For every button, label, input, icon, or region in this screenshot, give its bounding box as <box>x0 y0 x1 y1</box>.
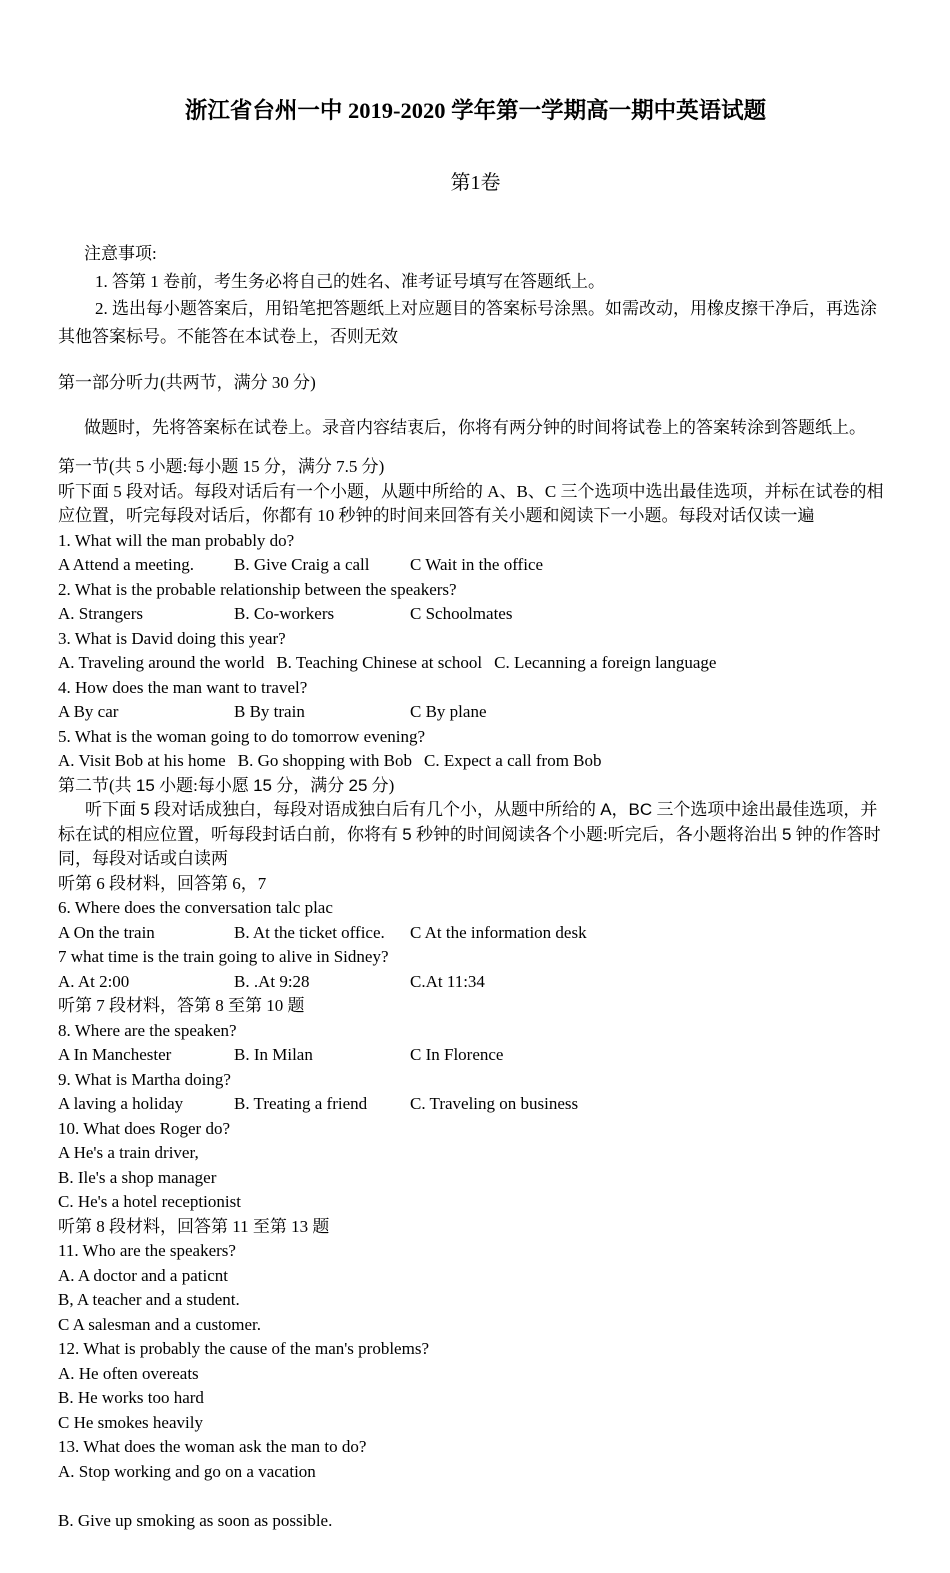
option-line: B. He works too hard <box>58 1386 893 1411</box>
option-row: A In ManchesterB. In MilanC In Florence <box>58 1043 893 1068</box>
option-row: A. StrangersB. Co-workersC Schoolmates <box>58 602 893 627</box>
text-segment: 分) <box>367 776 394 795</box>
sans-number: 5 <box>140 800 149 819</box>
sans-number: 5 <box>782 825 791 844</box>
option-row: A On the trainB. At the ticket office.C … <box>58 921 893 946</box>
option-line: C A salesman and a customer. <box>58 1313 893 1338</box>
option-b: B. Treating a friend <box>234 1092 410 1117</box>
question-text: 7 what time is the train going to alive … <box>58 945 893 970</box>
option-a: A On the train <box>58 921 234 946</box>
question-text: 9. What is Martha doing? <box>58 1068 893 1093</box>
option-line: A. He often overeats <box>58 1362 893 1387</box>
option-b: B. .At 9:28 <box>234 970 410 995</box>
question-text: 6. Where does the conversation talc plac <box>58 896 893 921</box>
blank-line <box>58 1484 893 1509</box>
document-body: 注意事项:1. 答第 1 卷前，考生务必将自己的姓名、准考证号填写在答题纸上。2… <box>58 240 893 1533</box>
option-c: C. Expect a call from Bob <box>424 749 614 774</box>
option-a: A laving a holiday <box>58 1092 234 1117</box>
option-a: A. Traveling around the world <box>58 651 276 676</box>
section-heading: 第二节(共 15 小题:每小愿 15 分，满分 25 分) <box>58 774 893 799</box>
option-c: C Schoolmates <box>410 602 586 627</box>
question-text: 8. Where are the speaken? <box>58 1019 893 1044</box>
option-row: A. At 2:00B. .At 9:28C.At 11:34 <box>58 970 893 995</box>
notes-heading: 注意事项: <box>58 240 893 268</box>
option-line: B. Give up smoking as soon as possible. <box>58 1509 893 1534</box>
option-b: B. Go shopping with Bob <box>238 749 424 774</box>
option-c: C. Lecanning a foreign language <box>494 651 728 676</box>
option-a: A In Manchester <box>58 1043 234 1068</box>
section-description: 听下面 5 段对话。每段对话后有一个小题，从题中所给的 A、B、C 三个选项中选… <box>58 480 893 529</box>
option-row: A. Visit Bob at his homeB. Go shopping w… <box>58 749 893 774</box>
page-title: 浙江省台州一中 2019-2020 学年第一学期高一期中英语试题 <box>58 97 893 125</box>
text-segment: 秒钟的时间阅读各个小题:听完后，各小题将治出 <box>412 825 782 844</box>
intro-paragraph: 做题时，先将答案标在试卷上。录音内容结衷后，你将有两分钟的时间将试卷上的答案转涂… <box>58 416 893 441</box>
option-b: B. Give Craig a call <box>234 553 410 578</box>
option-a: A. Visit Bob at his home <box>58 749 238 774</box>
option-b: B. Co-workers <box>234 602 410 627</box>
option-line: B. Ile's a shop manager <box>58 1166 893 1191</box>
option-c: C. Traveling on business <box>410 1092 590 1117</box>
option-c: C At the information desk <box>410 921 599 946</box>
sans-number: 15 <box>253 776 272 795</box>
option-row: A laving a holidayB. Treating a friendC.… <box>58 1092 893 1117</box>
sans-number: 15 <box>136 776 155 795</box>
option-a: A. Strangers <box>58 602 234 627</box>
option-a: A. At 2:00 <box>58 970 234 995</box>
section-heading: 第一节(共 5 小题:每小题 15 分，满分 7.5 分) <box>58 455 893 480</box>
question-text: 11. Who are the speakers? <box>58 1239 893 1264</box>
question-text: 5. What is the woman going to do tomorro… <box>58 725 893 750</box>
volume-heading: 第1卷 <box>58 171 893 196</box>
section-description: 听下面 5 段对话成独白，每段对语成独白后有几个小，从题中所给的 A，BC 三个… <box>58 798 893 872</box>
sans-number: 25 <box>349 776 368 795</box>
question-text: 12. What is probably the cause of the ma… <box>58 1337 893 1362</box>
sans-number: A，BC <box>600 800 652 819</box>
option-line: A. A doctor and a paticnt <box>58 1264 893 1289</box>
question-text: 3. What is David doing this year? <box>58 627 893 652</box>
material-cue: 听第 7 段材料，答第 8 至第 10 题 <box>58 994 893 1019</box>
material-cue: 听第 8 段材料，回答第 11 至第 13 题 <box>58 1215 893 1240</box>
question-text: 13. What does the woman ask the man to d… <box>58 1435 893 1460</box>
question-text: 1. What will the man probably do? <box>58 529 893 554</box>
text-segment: 分，满分 <box>272 776 349 795</box>
option-a: A By car <box>58 700 234 725</box>
option-line: A. Stop working and go on a vacation <box>58 1460 893 1485</box>
option-row: A. Traveling around the worldB. Teaching… <box>58 651 893 676</box>
text-segment: 听下面 <box>85 800 140 819</box>
option-row: A By carB By trainC By plane <box>58 700 893 725</box>
text-segment: 段对话成独白，每段对语成独白后有几个小，从题中所给的 <box>150 800 601 819</box>
option-b: B. At the ticket office. <box>234 921 410 946</box>
option-line: A He's a train driver, <box>58 1141 893 1166</box>
question-text: 4. How does the man want to travel? <box>58 676 893 701</box>
option-line: B, A teacher and a student. <box>58 1288 893 1313</box>
note-item: 2. 选出每小题答案后，用铅笔把答题纸上对应题目的答案标号涂黑。如需改动，用橡皮… <box>58 295 893 350</box>
exam-page: 浙江省台州一中 2019-2020 学年第一学期高一期中英语试题 第1卷 注意事… <box>0 0 950 1573</box>
option-line: C. He's a hotel receptionist <box>58 1190 893 1215</box>
option-line: C He smokes heavily <box>58 1411 893 1436</box>
sans-number: 5 <box>402 825 411 844</box>
option-row: A Attend a meeting.B. Give Craig a callC… <box>58 553 893 578</box>
option-b: B. Teaching Chinese at school <box>276 651 494 676</box>
option-a: A Attend a meeting. <box>58 553 234 578</box>
option-b: B. In Milan <box>234 1043 410 1068</box>
option-c: C Wait in the office <box>410 553 586 578</box>
option-b: B By train <box>234 700 410 725</box>
note-item: 1. 答第 1 卷前，考生务必将自己的姓名、准考证号填写在答题纸上。 <box>58 268 893 296</box>
text-segment: 第二节(共 <box>58 776 136 795</box>
part-heading: 第一部分听力(共两节，满分 30 分) <box>58 371 893 396</box>
question-text: 2. What is the probable relationship bet… <box>58 578 893 603</box>
question-text: 10. What does Roger do? <box>58 1117 893 1142</box>
option-c: C.At 11:34 <box>410 970 586 995</box>
text-segment: 小题:每小愿 <box>155 776 253 795</box>
option-c: C In Florence <box>410 1043 586 1068</box>
option-c: C By plane <box>410 700 586 725</box>
material-cue: 听第 6 段材料，回答第 6，7 <box>58 872 893 897</box>
